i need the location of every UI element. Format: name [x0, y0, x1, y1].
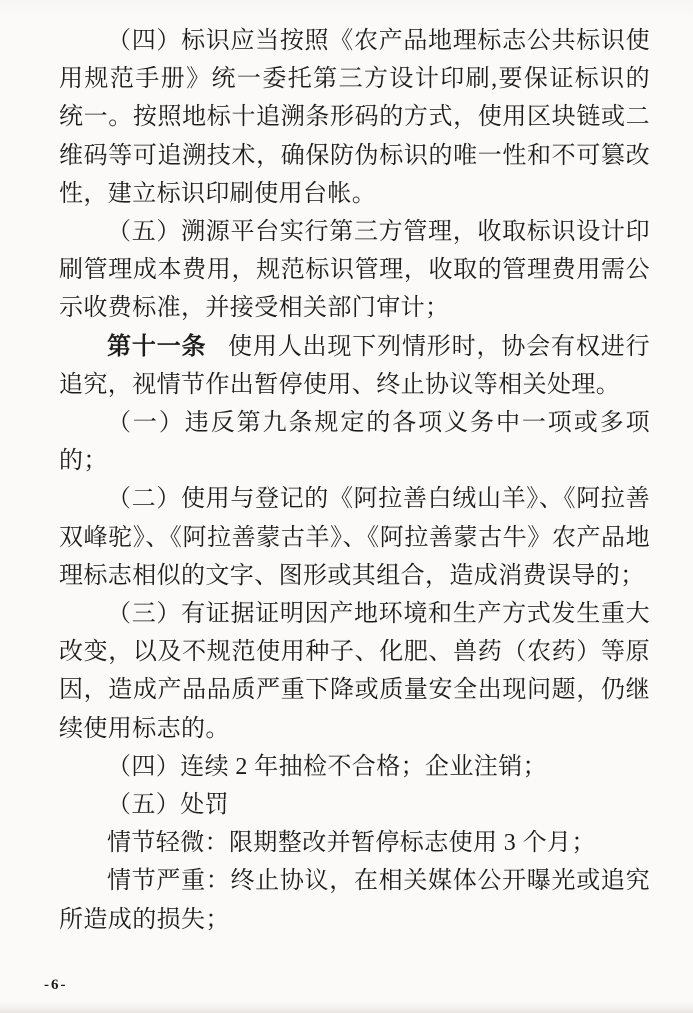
page-number: -6- — [44, 977, 68, 994]
paragraph: （三）有证据证明因产地环境和生产方式发生重大改变，以及不规范使用种子、化肥、兽药… — [59, 595, 650, 748]
paragraph: （一）违反第九条规定的各项义务中一项或多项的； — [59, 404, 650, 480]
paragraph: （五）溯源平台实行第三方管理，收取标识设计印刷管理成本费用，规范标识管理，收取的… — [59, 213, 650, 328]
paragraph-article-11: 第十一条使用人出现下列情形时，协会有权进行追究，视情节作出暂停使用、终止协议等相… — [59, 328, 650, 404]
paragraph: （二）使用与登记的《阿拉善白绒山羊》、《阿拉善双峰驼》、《阿拉善蒙古羊》、《阿拉… — [59, 480, 650, 595]
paragraph: 情节轻微：限期整改并暂停标志使用 3 个月； — [59, 824, 650, 862]
document-page: （四）标识应当按照《农产品地理标志公共标识使用规范手册》统一委托第三方设计印刷,… — [0, 0, 693, 1013]
paragraph: 情节严重：终止协议，在相关媒体公开曝光或追究所造成的损失； — [59, 862, 650, 938]
paragraph: （四）连续 2 年抽检不合格；企业注销； — [59, 748, 650, 786]
article-number-label: 第十一条 — [107, 334, 206, 360]
document-body: （四）标识应当按照《农产品地理标志公共标识使用规范手册》统一委托第三方设计印刷,… — [59, 22, 650, 939]
paragraph: （五）处罚 — [59, 786, 650, 824]
paragraph: （四）标识应当按照《农产品地理标志公共标识使用规范手册》统一委托第三方设计印刷,… — [59, 22, 650, 213]
scan-edge-shading — [0, 1009, 693, 1013]
